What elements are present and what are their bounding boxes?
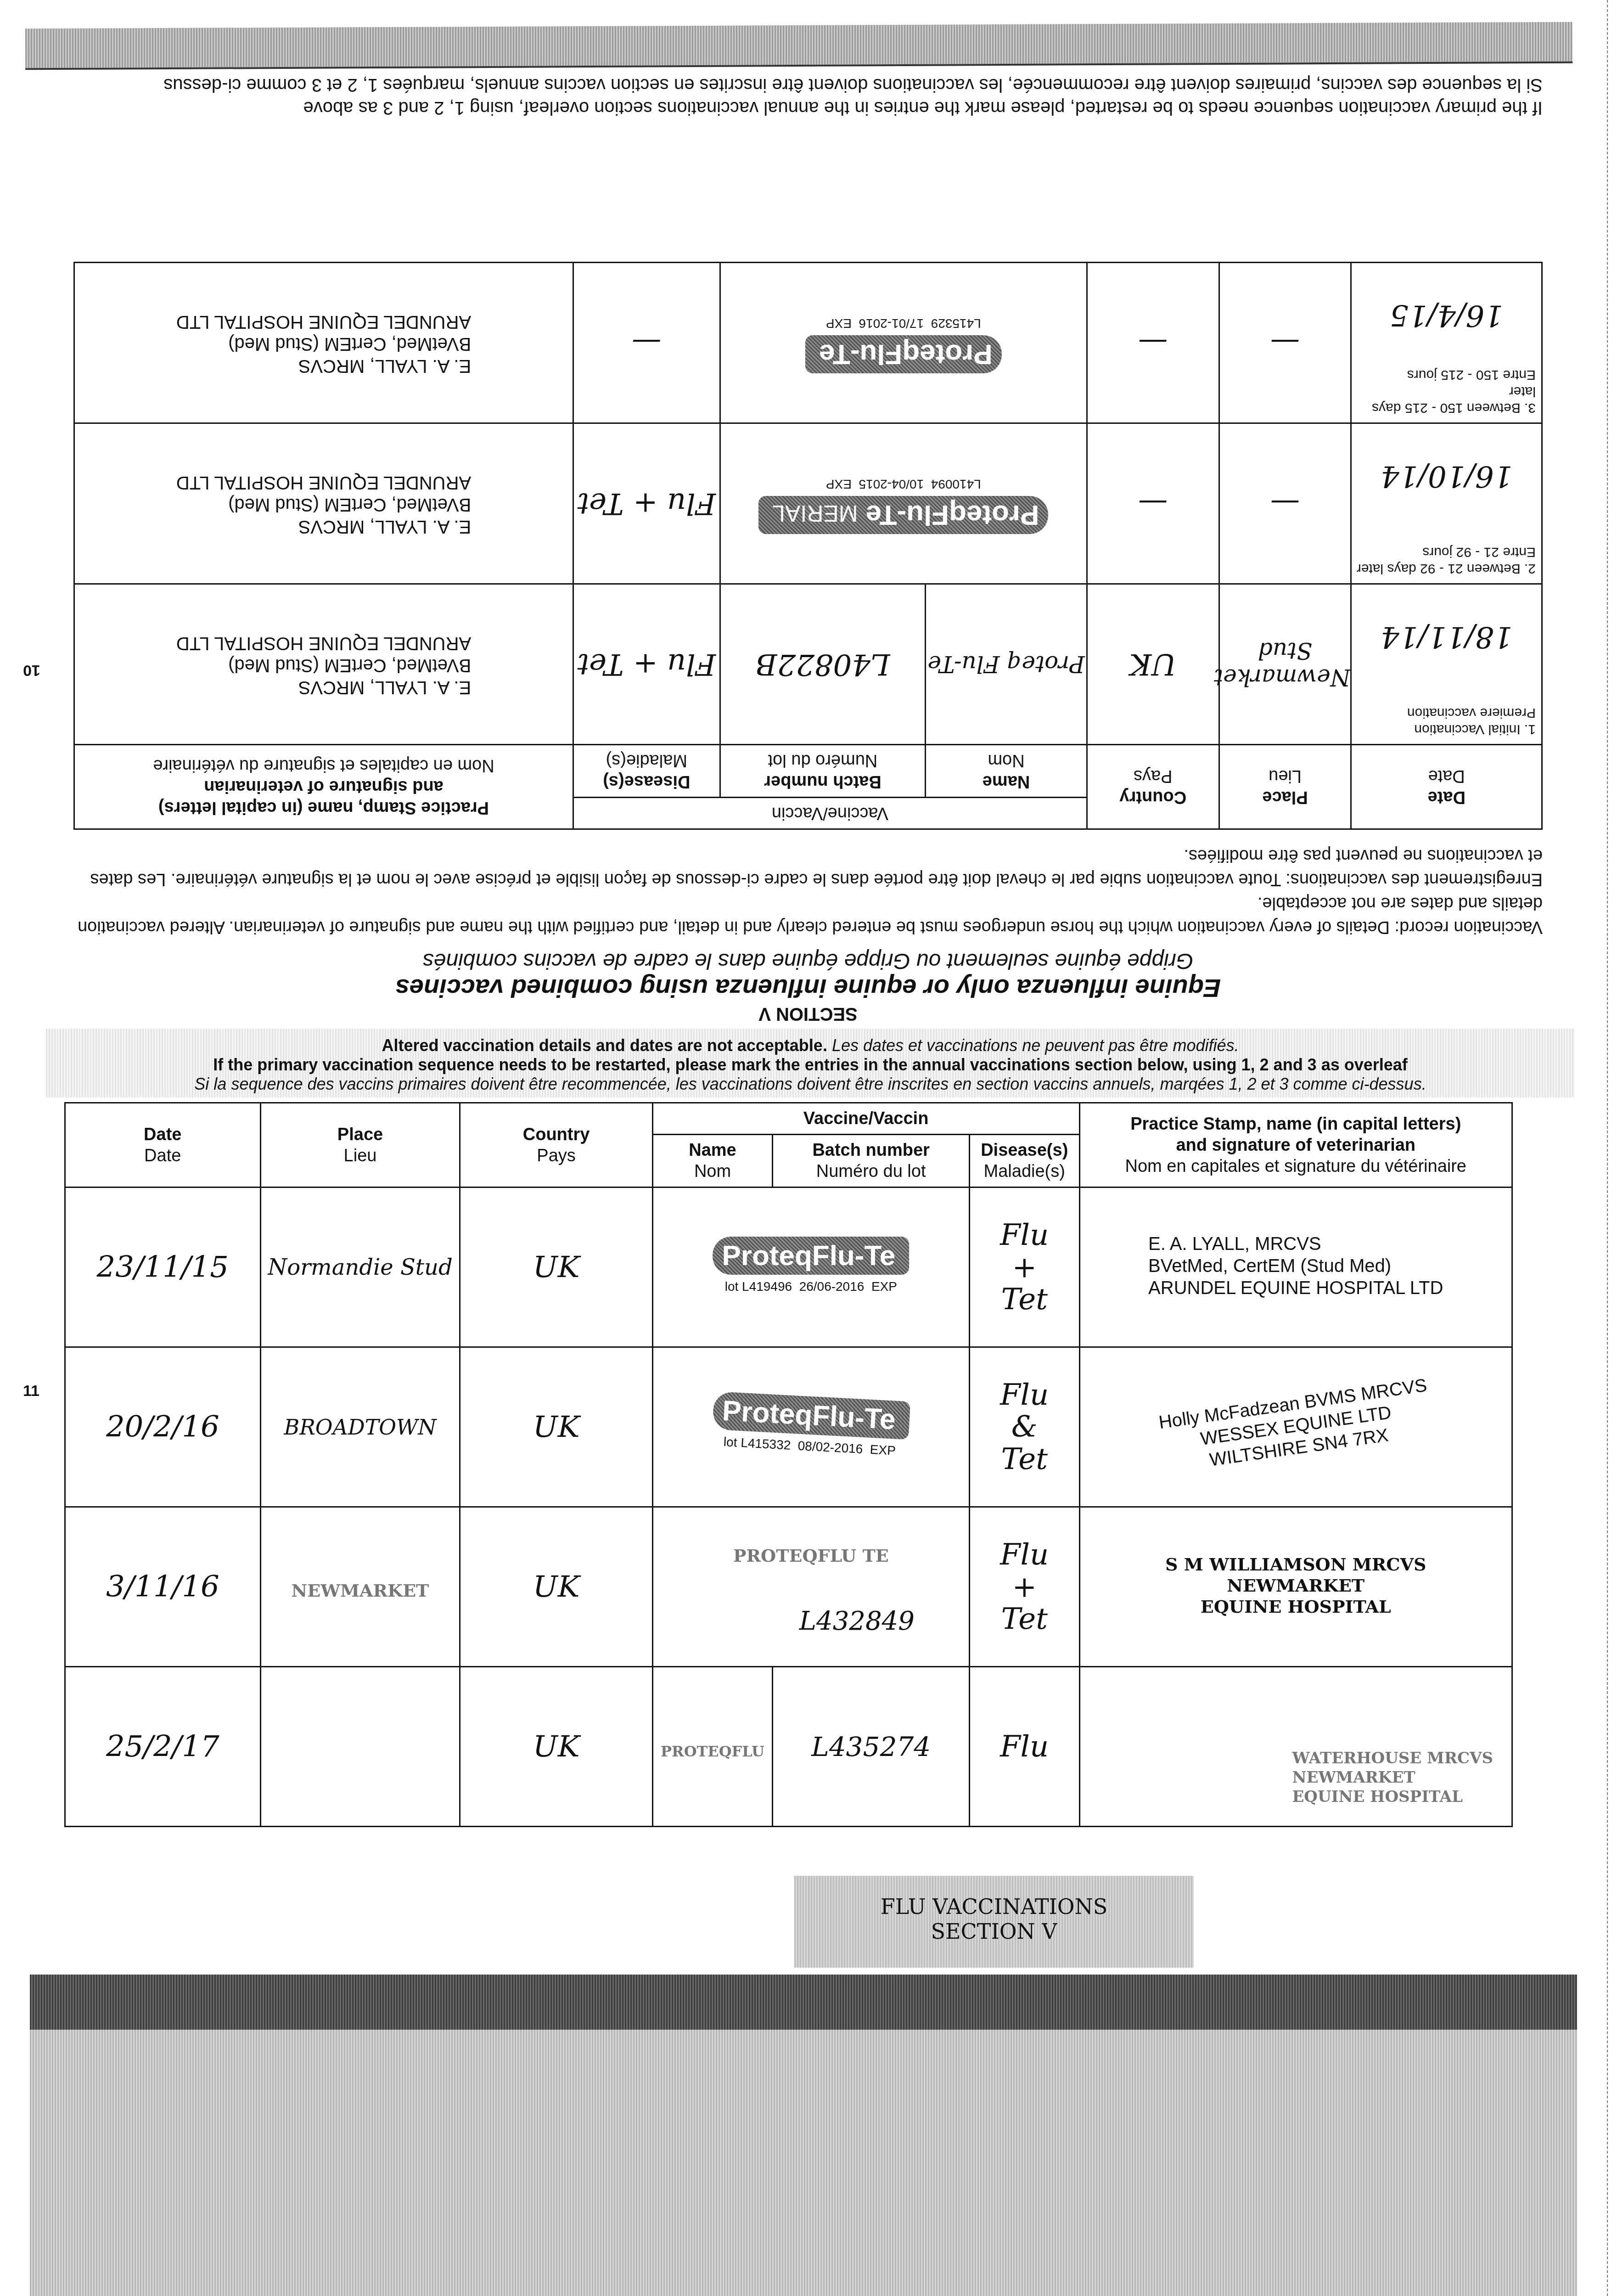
vaccine-label-cell: ProteqFlu-Te lot L415332 08/02-2016 EXP <box>652 1347 969 1507</box>
header-name: NameNom <box>652 1135 773 1187</box>
country-cell: UK <box>1087 584 1219 745</box>
header-batch: Batch numberNuméro du lot <box>720 745 926 798</box>
date-cell: 20/2/16 <box>65 1347 261 1507</box>
notice-restart-en: If the primary vaccination sequence need… <box>46 1055 1575 1075</box>
table-row: 20/2/16 BROADTOWN UK ProteqFlu-Te lot L4… <box>65 1347 1512 1507</box>
section-footer-tab: FLU VACCINATIONS SECTION V <box>794 1876 1194 1968</box>
notice-line-fr: Les dates et vaccinations ne peuvent pas… <box>832 1036 1239 1055</box>
country-cell: UK <box>460 1507 652 1667</box>
vet-stamp: WATERHOUSE MRCVSNEWMARKETEQUINE HOSPITAL <box>1292 1749 1493 1806</box>
notice-restart-fr: Si la sequence des vaccins primaires doi… <box>46 1075 1575 1094</box>
restart-note-en: If the primary vaccination sequence need… <box>73 96 1543 119</box>
primary-vaccination-table: DateDate PlaceLieu CountryPays Vaccine/V… <box>73 262 1543 830</box>
vet-stamp: E. A. LYALL, MRCVSBVetMed, CertEM (Stud … <box>176 472 471 538</box>
date-cell: 3/11/16 <box>65 1507 261 1667</box>
vaccine-cell: PROTEQFLU TE L432849 <box>652 1507 969 1667</box>
date-cell: 2. Between 21 - 92 days laterEntre 21 - … <box>1351 423 1542 584</box>
header-place: PlaceLieu <box>260 1103 460 1187</box>
alteration-notice: Altered vaccination details and dates ar… <box>46 1029 1575 1097</box>
disease-cell: Flu&Tet <box>969 1347 1079 1507</box>
page-number-lower: 11 <box>23 1382 39 1400</box>
annual-vaccination-section: DateDate PlaceLieu CountryPays Vaccine/V… <box>64 1102 1513 1827</box>
place-cell <box>260 1667 460 1827</box>
country-cell: UK <box>460 1667 652 1827</box>
vaccine-name-cell: Proteq Flu-Te <box>926 584 1087 745</box>
header-stamp: Practice Stamp, name (in capital letters… <box>74 745 573 829</box>
annual-vaccination-table: DateDate PlaceLieu CountryPays Vaccine/V… <box>64 1102 1513 1827</box>
place-cell: Normandie Stud <box>260 1187 460 1347</box>
stamp-cell: E. A. LYALL, MRCVSBVetMed, CertEM (Stud … <box>74 584 573 745</box>
date-cell: 1. Initial VaccinationPremiere vaccinati… <box>1351 584 1542 745</box>
country-cell: UK <box>460 1347 652 1507</box>
header-vaccine: Vaccine/Vaccin <box>652 1103 1079 1135</box>
place-cell: Newmarket Stud <box>1219 584 1351 745</box>
record-instructions-en: Vaccination record: Details of every vac… <box>73 891 1543 939</box>
header-country: CountryPays <box>460 1103 652 1187</box>
header-date: DateDate <box>65 1103 261 1187</box>
header-place: PlaceLieu <box>1219 745 1351 829</box>
place-cell: — <box>1219 263 1351 423</box>
footer-line-1: FLU VACCINATIONS <box>794 1894 1194 1919</box>
date-cell: 23/11/15 <box>65 1187 261 1347</box>
vaccine-label-cell: ProteqFlu-Te MERIAL L410094 10/04-2015 E… <box>720 423 1087 584</box>
scan-shadow-grey <box>30 2030 1577 2296</box>
batch-number: L432849 <box>708 1606 915 1636</box>
country-cell: — <box>1087 423 1219 584</box>
disease-cell: Flu <box>969 1667 1079 1827</box>
restart-note-fr: Si la sequence des vaccins, primaires do… <box>73 73 1543 96</box>
stamp-cell: WATERHOUSE MRCVSNEWMARKETEQUINE HOSPITAL <box>1079 1667 1512 1827</box>
vaccine-label-cell: ProteqFlu-Te lot L419496 26/06-2016 EXP <box>652 1187 969 1347</box>
page-number-upper: 10 <box>23 661 40 679</box>
footer-line-2: SECTION V <box>794 1919 1194 1944</box>
record-instructions-fr: Enregistrement des vaccinations: Toute v… <box>73 844 1543 891</box>
vet-stamp: E. A. LYALL, MRCVSBVetMed, CertEM (Stud … <box>176 311 471 377</box>
place-cell: BROADTOWN <box>260 1347 460 1507</box>
vet-stamp: E. A. LYALL, MRCVSBVetMed, CertEM (Stud … <box>176 632 471 698</box>
stamp-cell: E. A. LYALL, MRCVSBVetMed, CertEM (Stud … <box>74 423 573 584</box>
scan-shadow-top <box>25 22 1572 70</box>
vaccine-sticker: ProteqFlu-Te lot L415332 08/02-2016 EXP <box>711 1391 910 1458</box>
vaccine-name-cell: PROTEQFLU <box>652 1667 773 1827</box>
batch-cell: L40822B <box>720 584 926 745</box>
place-cell: — <box>1219 423 1351 584</box>
sequence-label: 2. Between 21 - 92 days laterEntre 21 - … <box>1357 544 1536 577</box>
stamp-cell: Holly McFadzean BVMS MRCVSWESSEX EQUINE … <box>1079 1347 1512 1507</box>
vet-stamp: E. A. LYALL, MRCVSBVetMed, CertEM (Stud … <box>1148 1233 1443 1299</box>
vaccine-name-stamp: PROTEQFLU TE <box>733 1545 889 1566</box>
batch-cell: L435274 <box>773 1667 970 1827</box>
vet-stamp: S M WILLIAMSON MRCVSNEWMARKETEQUINE HOSP… <box>1165 1554 1426 1617</box>
header-disease: Disease(s)Maladie(s) <box>969 1135 1079 1187</box>
disease-cell: Flu + Tet <box>573 584 720 745</box>
date-cell: 25/2/17 <box>65 1667 261 1827</box>
header-date: DateDate <box>1351 745 1542 829</box>
date-cell: 3. Between 150 - 215 days laterEntre 150… <box>1351 263 1542 423</box>
page-edge <box>1607 0 1608 2296</box>
disease-cell: Flu + Tet <box>573 423 720 584</box>
record-instructions: Vaccination record: Details of every vac… <box>73 844 1543 939</box>
table-row: 3. Between 150 - 215 days laterEntre 150… <box>74 263 1542 423</box>
disease-cell: Flu+Tet <box>969 1187 1079 1347</box>
vaccine-sticker: ProteqFlu-Te L415329 17/01-2016 EXP <box>805 316 1002 374</box>
header-stamp: Practice Stamp, name (in capital letters… <box>1079 1103 1512 1187</box>
header-country: CountryPays <box>1087 745 1219 829</box>
country-cell: — <box>1087 263 1219 423</box>
place-cell: NEWMARKET <box>260 1507 460 1667</box>
stamp-cell: E. A. LYALL, MRCVSBVetMed, CertEM (Stud … <box>1079 1187 1512 1347</box>
table-row: 2. Between 21 - 92 days laterEntre 21 - … <box>74 423 1542 584</box>
disease-cell: Flu+Tet <box>969 1507 1079 1667</box>
vaccine-sticker: ProteqFlu-Te MERIAL L410094 10/04-2015 E… <box>758 477 1048 535</box>
section-subtitle: Grippe équine seulement ou Grippe équine… <box>73 948 1543 974</box>
table-row: 25/2/17 UK PROTEQFLU L435274 Flu WATERHO… <box>65 1667 1512 1827</box>
country-cell: UK <box>460 1187 652 1347</box>
stamp-cell: S M WILLIAMSON MRCVSNEWMARKETEQUINE HOSP… <box>1079 1507 1512 1667</box>
sequence-label: 3. Between 150 - 215 days laterEntre 150… <box>1352 366 1536 416</box>
section-title: Equine influenza only or equine influenz… <box>73 974 1543 1003</box>
table-row: 23/11/15 Normandie Stud UK ProteqFlu-Te … <box>65 1187 1512 1347</box>
upper-page-flipped: SECTION V Equine influenza only or equin… <box>73 152 1543 1024</box>
section-label: SECTION V <box>73 1003 1543 1024</box>
vaccine-sticker: ProteqFlu-Te lot L419496 26/06-2016 EXP <box>713 1237 909 1294</box>
vet-stamp: Holly McFadzean BVMS MRCVSWESSEX EQUINE … <box>1157 1374 1434 1478</box>
table-row: 3/11/16 NEWMARKET UK PROTEQFLU TE L43284… <box>65 1507 1512 1667</box>
notice-line-en: Altered vaccination details and dates ar… <box>382 1036 827 1055</box>
sequence-label: 1. Initial VaccinationPremiere vaccinati… <box>1407 704 1536 737</box>
header-disease: Disease(s)Maladie(s) <box>573 745 720 798</box>
header-batch: Batch numberNuméro du lot <box>773 1135 970 1187</box>
stamp-cell: E. A. LYALL, MRCVSBVetMed, CertEM (Stud … <box>74 263 573 423</box>
place-stamp: NEWMARKET <box>292 1580 429 1601</box>
table-row: 1. Initial VaccinationPremiere vaccinati… <box>74 584 1542 745</box>
section-header: SECTION V Equine influenza only or equin… <box>73 948 1543 1024</box>
header-name: NameNom <box>926 745 1087 798</box>
vaccine-label-cell: ProteqFlu-Te L415329 17/01-2016 EXP <box>720 263 1087 423</box>
header-vaccine: Vaccine/Vaccin <box>573 798 1087 829</box>
restart-notes: If the primary vaccination sequence need… <box>73 73 1543 119</box>
disease-cell: — <box>573 263 720 423</box>
scan-shadow-dark <box>30 1975 1577 2030</box>
